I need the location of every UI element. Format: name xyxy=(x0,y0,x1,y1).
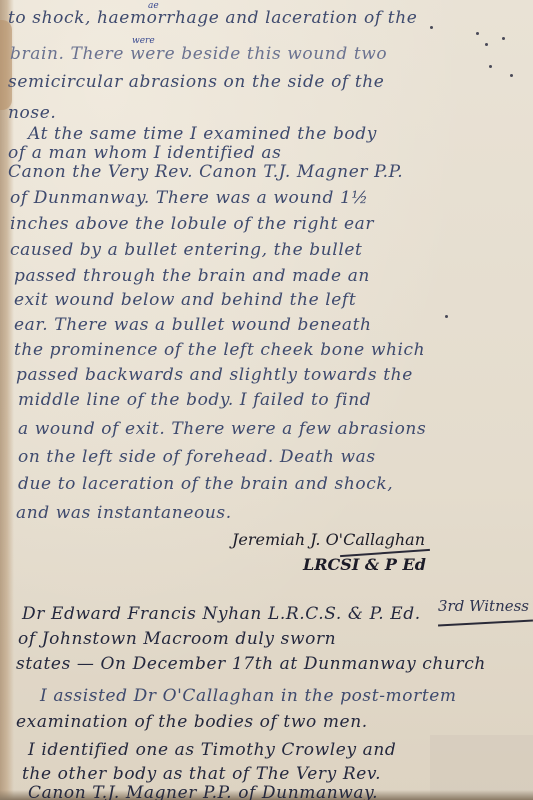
ink-speck xyxy=(489,65,492,68)
text-line: Canon T.J. Magner P.P. of Dunmanway. xyxy=(28,783,378,800)
text-line: caused by a bullet entering, the bullet xyxy=(10,240,362,260)
text-line: of a man whom I identified as xyxy=(8,143,281,163)
text-line: the other body as that of The Very Rev. xyxy=(22,764,381,784)
witness-note-underline xyxy=(438,620,533,627)
text-line: passed through the brain and made an xyxy=(14,266,370,286)
text-line: nose. xyxy=(8,103,56,123)
ink-speck xyxy=(430,26,433,29)
text-line: middle line of the body. I failed to fin… xyxy=(18,390,371,410)
text-line: Dr Edward Francis Nyhan L.R.C.S. & P. Ed… xyxy=(22,604,421,624)
text-line: of Johnstown Macroom duly sworn xyxy=(18,629,336,649)
binding-stain xyxy=(0,20,12,110)
text-line: brain. There were beside this wound two xyxy=(10,44,387,64)
ink-speck xyxy=(476,32,479,35)
witness-margin-note: 3rd Witness xyxy=(438,597,529,615)
text-line: a wound of exit. There were a few abrasi… xyxy=(18,419,426,439)
text-line: and was instantaneous. xyxy=(16,503,232,523)
text-line: examination of the bodies of two men. xyxy=(16,712,368,732)
text-line: of Dunmanway. There was a wound 1½ xyxy=(10,188,368,208)
ink-speck xyxy=(445,315,448,318)
text-line: due to laceration of the brain and shock… xyxy=(18,474,393,494)
text-line: semicircular abrasions on the side of th… xyxy=(8,72,384,92)
text-line: states — On December 17th at Dunmanway c… xyxy=(16,654,486,674)
text-line: inches above the lobule of the right ear xyxy=(10,214,374,234)
text-line: passed backwards and slightly towards th… xyxy=(16,365,413,385)
text-line: I identified one as Timothy Crowley and xyxy=(28,740,396,760)
text-line: to shock, haemorrhage and laceration of … xyxy=(8,8,417,28)
text-line: exit wound below and behind the left xyxy=(14,290,356,310)
text-line: I assisted Dr O'Callaghan in the post-mo… xyxy=(40,686,457,706)
ink-speck xyxy=(485,43,488,46)
text-line: on the left side of forehead. Death was xyxy=(18,447,376,467)
text-line: Canon the Very Rev. Canon T.J. Magner P.… xyxy=(8,162,403,182)
text-line: At the same time I examined the body xyxy=(28,124,377,144)
text-line: ear. There was a bullet wound beneath xyxy=(14,315,372,335)
signature-credentials: LRCSI & P Ed xyxy=(303,555,426,574)
ink-speck xyxy=(510,74,513,77)
ink-speck xyxy=(502,37,505,40)
document-page: ae to shock, haemorrhage and laceration … xyxy=(0,0,533,800)
signature-name: Jeremiah J. O'Callaghan xyxy=(232,530,425,549)
text-line: the prominence of the left cheek bone wh… xyxy=(14,340,425,360)
